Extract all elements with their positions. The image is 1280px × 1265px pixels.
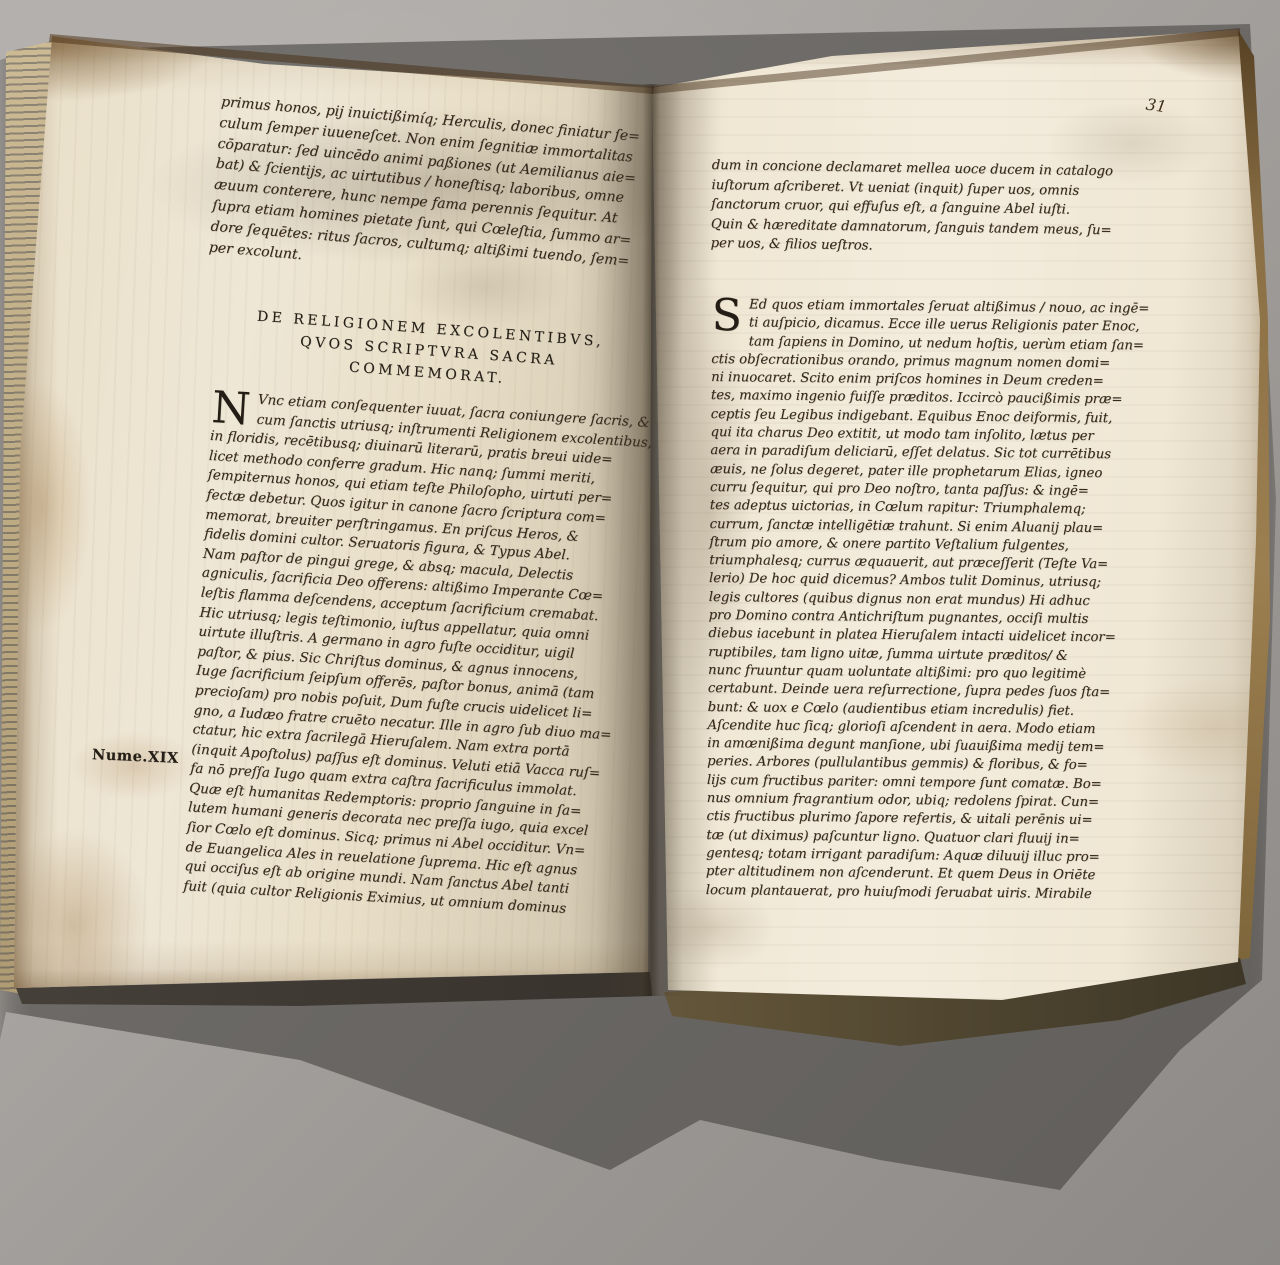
paragraph-text: Ed quos etiam immortales ſeruat altißimu… <box>706 297 1150 901</box>
left-body-paragraph: NVnc etiam conſequenter iuuat, ſacra con… <box>183 388 654 923</box>
drop-cap-initial: S <box>712 296 750 334</box>
paragraph-text: primus honos, pij inuictißimíq; Herculis… <box>208 94 640 269</box>
left-page: primus honos, pij inuictißimíq; Herculis… <box>14 36 654 988</box>
paragraph-text: dum in concione declamaret mellea uoce d… <box>711 158 1114 254</box>
drop-cap-initial: N <box>211 388 259 429</box>
chapter-heading: DE RELIGIONEM EXCOLENTIBVS, QVOS SCRIPTV… <box>217 303 641 400</box>
right-page: 31 dum in concione declamaret mellea uoc… <box>652 28 1268 1018</box>
folio-number: 31 <box>1145 95 1168 117</box>
antique-book-photo: primus honos, pij inuictißimíq; Herculis… <box>0 0 1280 1265</box>
gutter-shadow <box>596 84 712 996</box>
margin-note: Nume.XIX <box>92 746 179 767</box>
right-body-paragraph: SEd quos etiam immortales ſeruat altißim… <box>706 296 1152 904</box>
right-continuation-paragraph: dum in concione declamaret mellea uoce d… <box>710 156 1151 261</box>
paragraph-text: Vnc etiam conſequenter iuuat, ſacra coni… <box>183 392 653 917</box>
left-continuation-paragraph: primus honos, pij inuictißimíq; Herculis… <box>208 92 654 295</box>
